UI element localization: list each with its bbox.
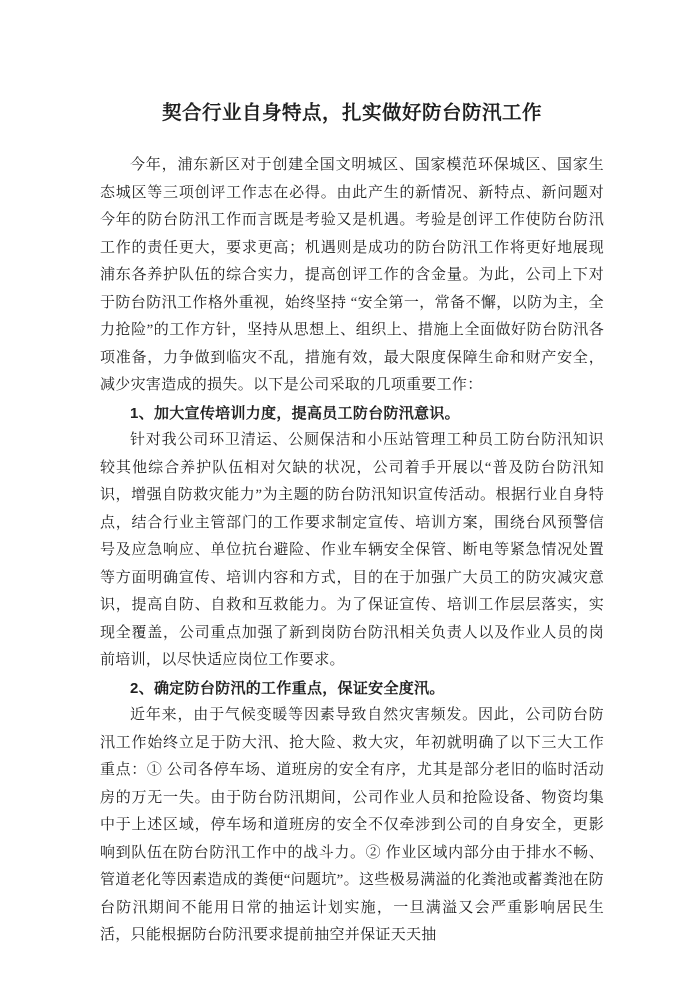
document-page: 契合行业自身特点，扎实做好防台防汛工作 今年，浦东新区对于创建全国文明城区、国家… bbox=[0, 0, 700, 990]
section-heading-1: 1、加大宣传培训力度，提高员工防台防汛意识。 bbox=[100, 400, 604, 428]
paragraph-intro: 今年，浦东新区对于创建全国文明城区、国家模范环保城区、国家生态城区等三项创评工作… bbox=[100, 152, 604, 400]
section-heading-2: 2、确定防台防汛的工作重点，保证安全度汛。 bbox=[100, 675, 604, 703]
paragraph-section-2: 近年来，由于气候变暖等因素导致自然灾害频发。因此，公司防台防汛工作始终立足于防大… bbox=[100, 702, 604, 950]
document-title: 契合行业自身特点，扎实做好防台防汛工作 bbox=[100, 97, 604, 131]
paragraph-section-1: 针对我公司环卫清运、公厕保洁和小压站管理工种员工防台防汛知识较其他综合养护队伍相… bbox=[100, 427, 604, 675]
